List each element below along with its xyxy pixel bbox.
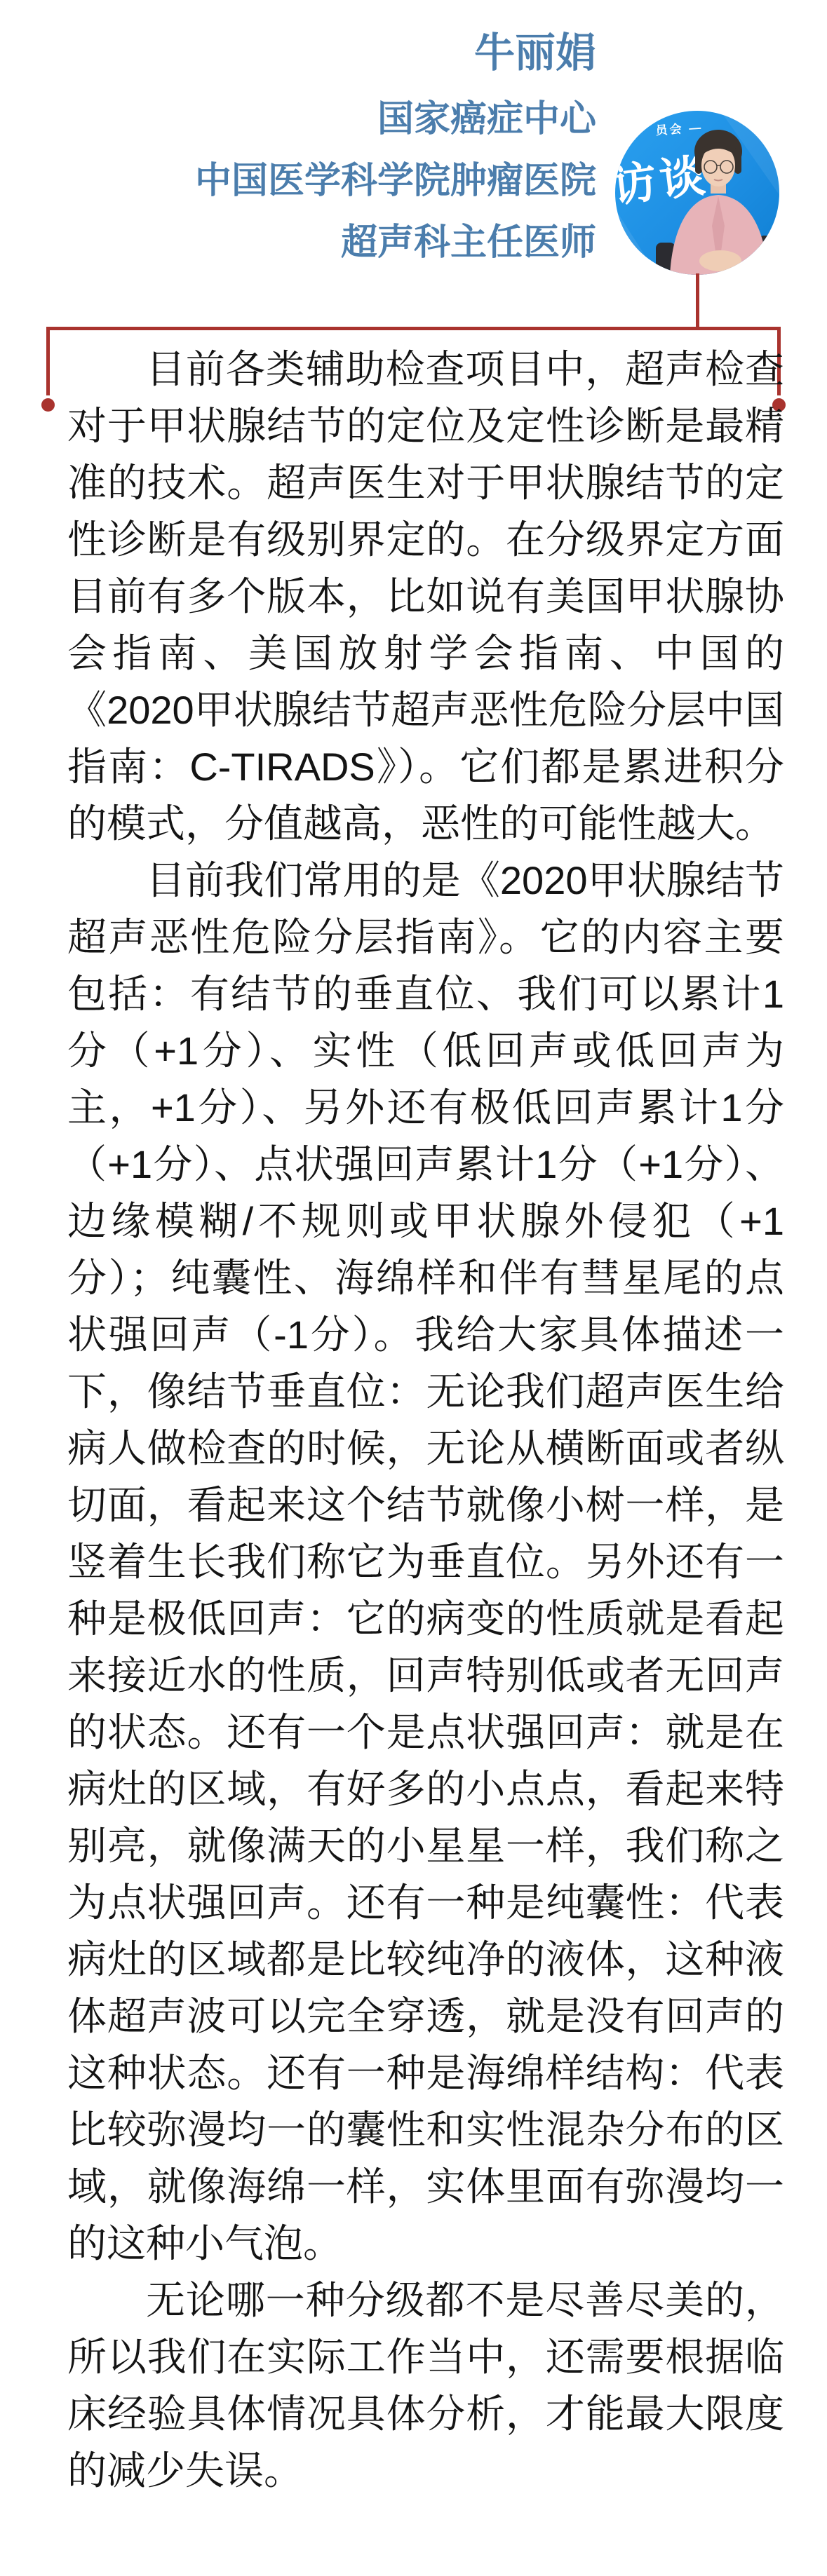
bracket-top-rule xyxy=(46,327,781,330)
doctor-header: 牛丽娟 国家癌症中心 中国医学科学院肿瘤医院 超声科主任医师 xyxy=(195,25,596,273)
article-paragraph-2: 目前我们常用的是《2020甲状腺结节超声恶性危险分层指南》。它的内容主要包括：有… xyxy=(67,852,784,2272)
article-paragraph-1: 目前各类辅助检查项目中，超声检查对于甲状腺结节的定位及定性诊断是最精准的技术。超… xyxy=(67,341,784,852)
article-body: 目前各类辅助检查项目中，超声检查对于甲状腺结节的定位及定性诊断是最精准的技术。超… xyxy=(67,341,784,2499)
doctor-title: 超声科主任医师 xyxy=(195,212,596,273)
article-paragraph-3: 无论哪一种分级都不是尽善尽美的，所以我们在实际工作当中，还需要根据临床经验具体情… xyxy=(67,2272,784,2499)
article-page: 牛丽娟 国家癌症中心 中国医学科学院肿瘤医院 超声科主任医师 员会 — 访谈 xyxy=(0,0,827,2576)
doctor-affiliation-2: 中国医学科学院肿瘤医院 xyxy=(195,150,596,212)
doctor-avatar: 员会 — 访谈 xyxy=(615,111,779,275)
avatar-connector-line xyxy=(696,273,699,330)
doctor-name: 牛丽娟 xyxy=(195,25,596,81)
doctor-photo-illustration: 员会 — 访谈 xyxy=(615,111,779,275)
bracket-left-dot xyxy=(41,398,55,412)
bracket-left-tick xyxy=(46,327,50,395)
person-hands xyxy=(699,250,741,271)
doctor-affiliation-1: 国家癌症中心 xyxy=(195,88,596,150)
